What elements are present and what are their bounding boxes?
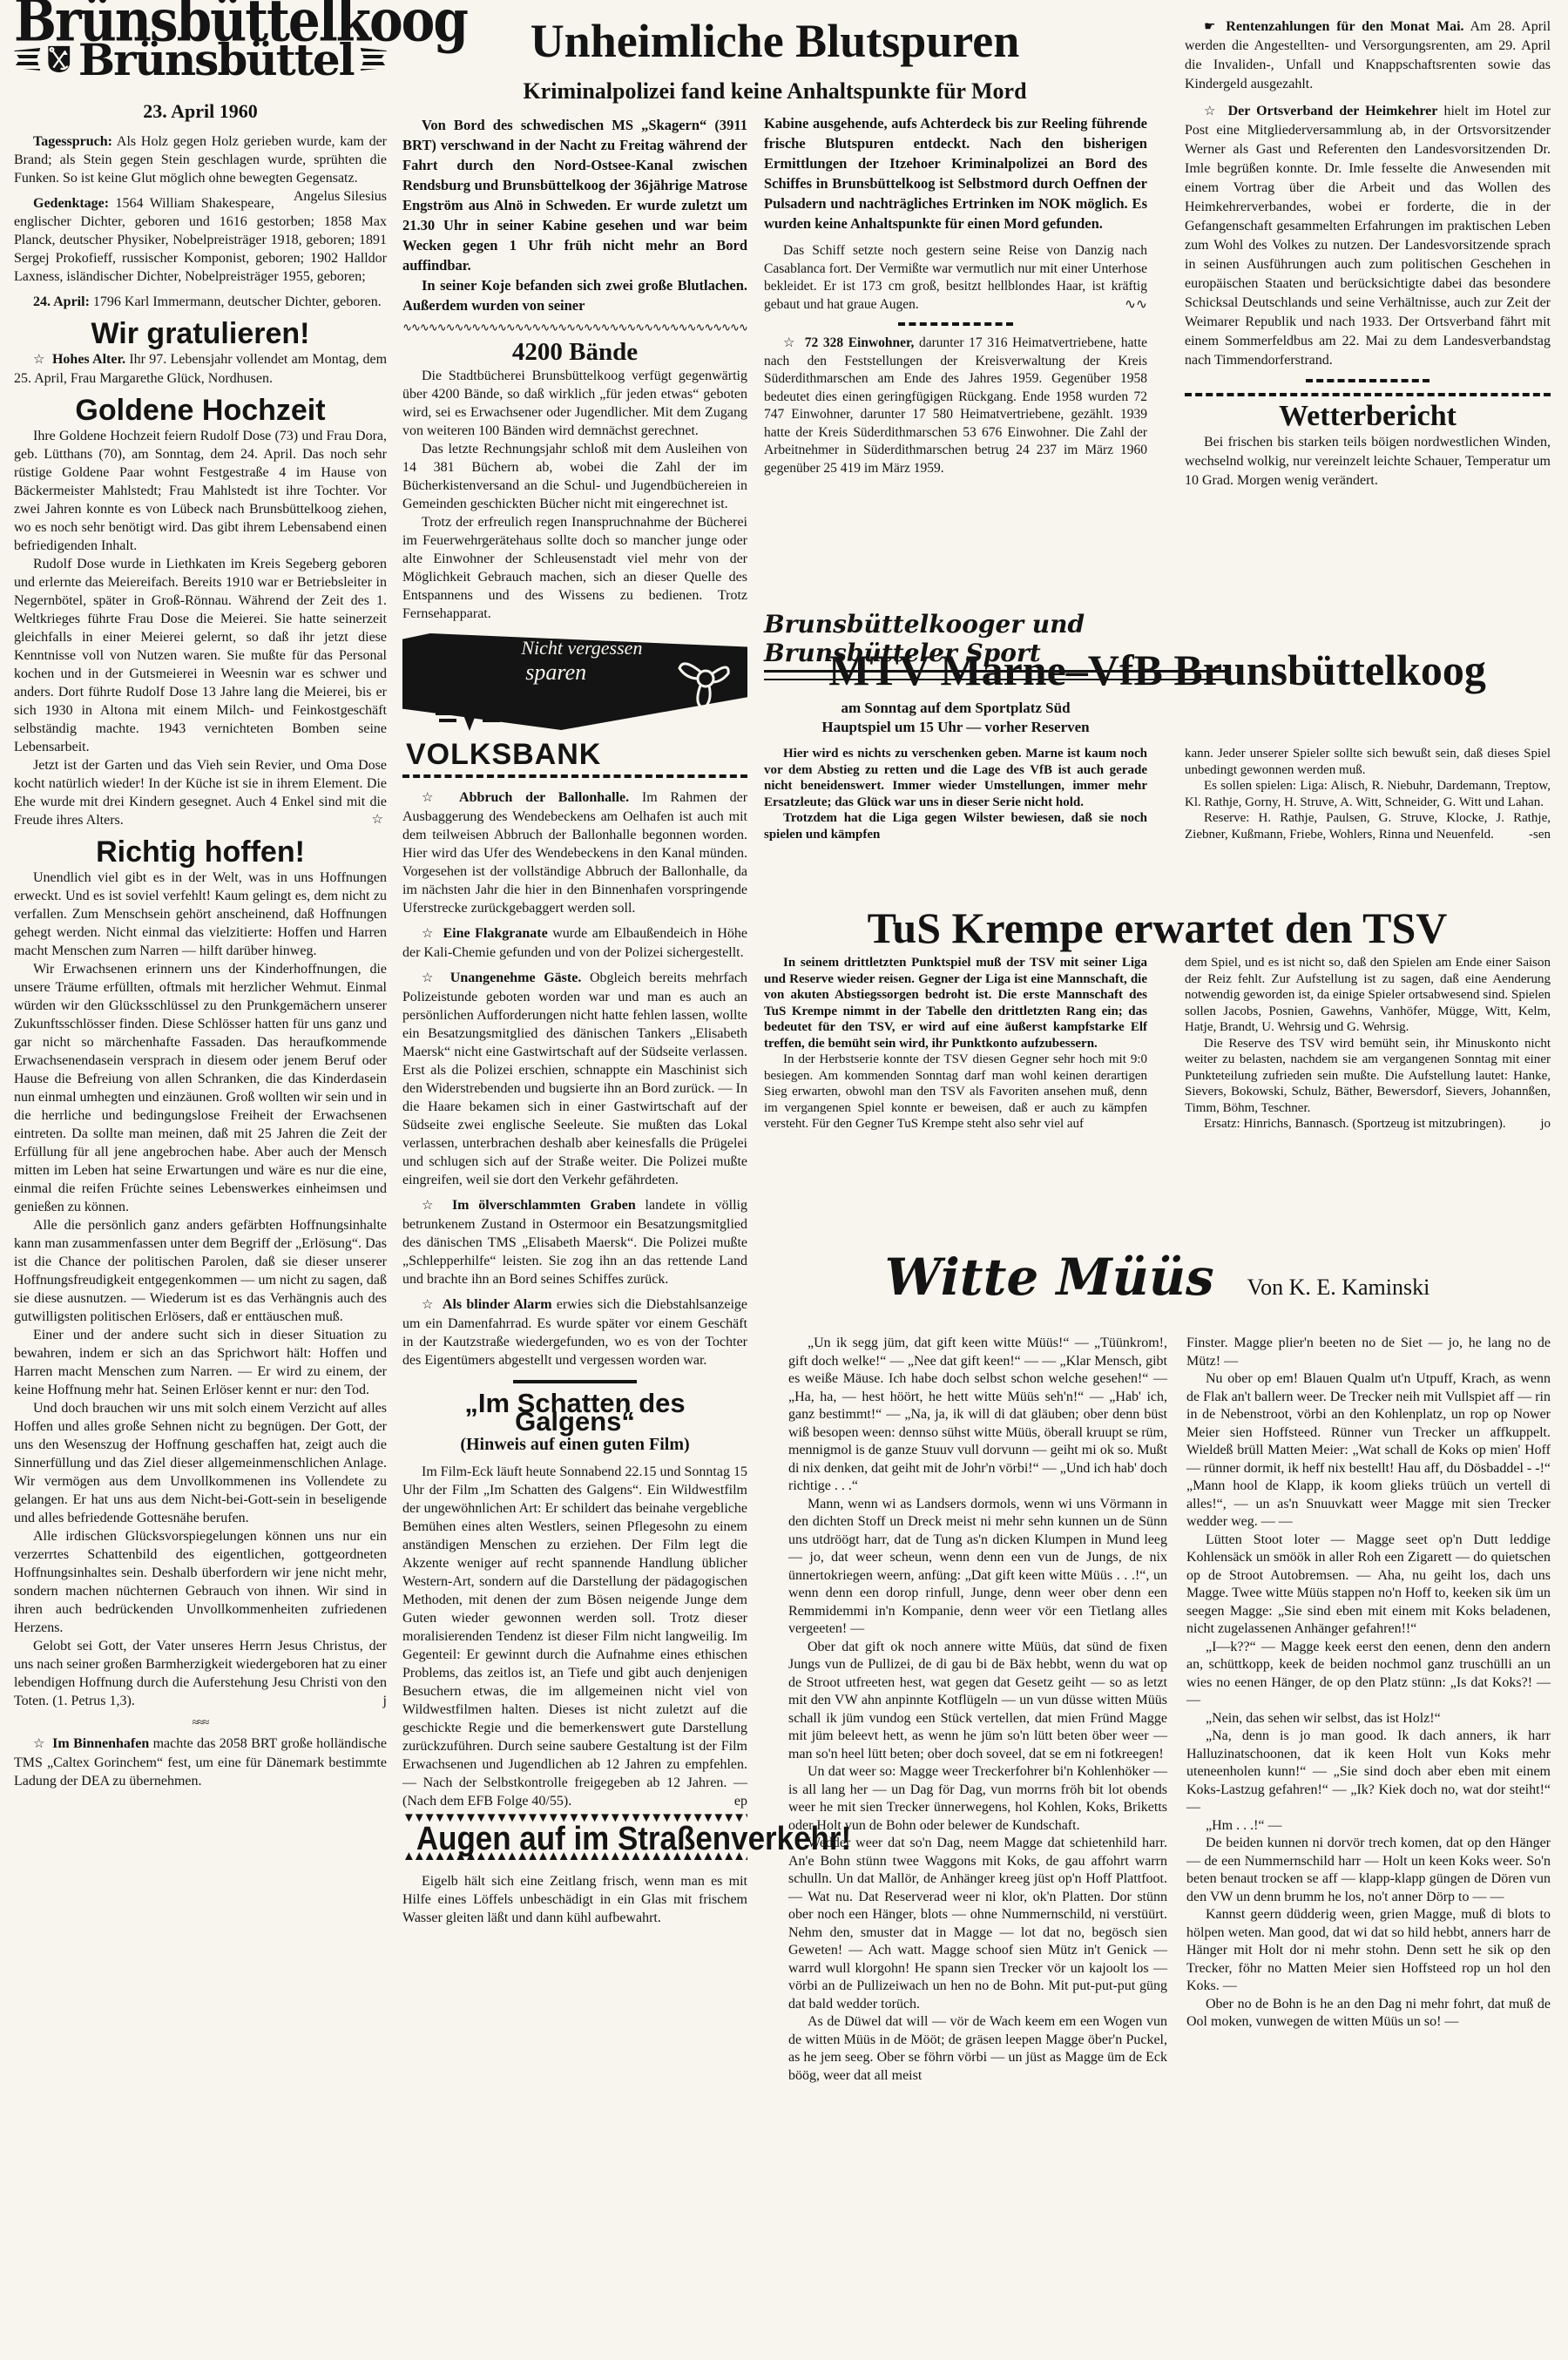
lead-story-header: Unheimliche Blutspuren Kriminalpolizei f…: [402, 14, 1147, 105]
mtv-intro-line1: am Sonntag auf dem Sportplatz Süd: [764, 699, 1147, 718]
hoffen-p1: Unendlich viel gibt es in der Welt, was …: [14, 869, 387, 960]
brief-alarm: ☆ Als blinder Alarm erwies sich die Dieb…: [402, 1295, 747, 1369]
kerchief-knot-icon: [674, 656, 735, 712]
brief-gaeste: ☆ Unangenehme Gäste. Obgleich bereits me…: [402, 969, 747, 1189]
mtv-intro: am Sonntag auf dem Sportplatz Süd Haupts…: [764, 699, 1147, 737]
lead-headline: Unheimliche Blutspuren: [402, 14, 1147, 68]
hoffen-p6: Alle irdischen Glücksvorspiegelungen kön…: [14, 1527, 387, 1637]
heading-galgens: „Im Schatten des Galgens“: [402, 1394, 747, 1430]
section-rule-dashed: [1185, 393, 1551, 396]
star-icon: ☆: [422, 1298, 438, 1312]
lead-left-p1: Von Bord des schwedischen MS „Skagern“ (…: [402, 115, 747, 275]
tip-eigelb: Eigelb hält sich eine Zeitlang frisch, w…: [402, 1872, 747, 1927]
witte-b1: Finster. Magge plier'n beeten no de Siet…: [1186, 1335, 1551, 1370]
mtv-right-p2: Es sollen spielen: Liga: Alisch, R. Nieb…: [1185, 778, 1551, 810]
witte-b2: Nu ober op em! Blauen Qualm ut'n Utpuff,…: [1186, 1370, 1551, 1532]
baende-p2: Das letzte Rechnungsjahr schloß mit dem …: [402, 440, 747, 513]
tus-right-p2: Die Reserve des TSV wird bemüht sein, ih…: [1185, 1036, 1551, 1117]
masthead-flourish-right: [361, 48, 387, 71]
lead-right-p2: Das Schiff setzte noch gestern seine Rei…: [764, 242, 1147, 314]
witte-b5: „Nein, das sehen wir selbst, das ist Hol…: [1186, 1710, 1551, 1728]
gedenktage-april24: 24. April: 1796 Karl Immermann, deutsche…: [14, 293, 387, 311]
issue-date: 23. April 1960: [14, 102, 387, 120]
hochzeit-p3: Jetzt ist der Garten und das Vieh sein R…: [14, 756, 387, 829]
item-renten: ☛ Rentenzahlungen für den Monat Mai. Am …: [1185, 17, 1551, 94]
reporter-sig: jo: [1521, 1116, 1551, 1133]
witte-a4: Un dat weer so: Magge weer Treckerfohrer…: [788, 1763, 1167, 1835]
column-three: Kabine ausgehende, aufs Achterdeck bis z…: [764, 113, 1147, 477]
witte-column-left: „Un ik segg jüm, dat gift keen witte Müü…: [788, 1335, 1167, 2085]
heading-richtig-hoffen: Richtig hoffen!: [14, 843, 387, 862]
volksbank-v-icon: [432, 701, 507, 731]
mtv-right-p3: Reserve: H. Rathje, Paulsen, G. Struve, …: [1185, 810, 1551, 842]
mtv-right-column: kann. Jeder unserer Spieler sollte sich …: [1185, 746, 1551, 842]
reviewer-sig: ep: [715, 1792, 747, 1810]
tus-right-p1: dem Spiel, und es ist nicht so, daß den …: [1185, 955, 1551, 1036]
wetter-text: Bei frischen bis starken teils böigen no…: [1185, 433, 1551, 490]
lead-story-right: Kabine ausgehende, aufs Achterdeck bis z…: [764, 113, 1147, 233]
headline-tus-krempe: TuS Krempe erwartet den TSV: [764, 903, 1551, 953]
brief-flakgranate: ☆ Eine Flakgranate wurde am Elbaußendeic…: [402, 924, 747, 962]
hochzeit-p1: Ihre Goldene Hochzeit feiern Rudolf Dose…: [14, 427, 387, 555]
volksbank-ad: Nicht vergessen sparen VOLKSBANK: [402, 633, 747, 764]
witte-a3: Ober dat gift ok noch annere witte Müüs,…: [788, 1639, 1167, 1764]
gedenktage: Gedenktage: 1564 William Shakespeare, en…: [14, 194, 387, 286]
brief-ballonhalle: ☆ Abbruch der Ballonhalle. Im Rahmen der…: [402, 788, 747, 917]
ad-slogan-line2: sparen: [478, 663, 633, 681]
heading-4200-baende: 4200 Bände: [402, 343, 747, 362]
item-einwohner: ☆ 72 328 Einwohner, darunter 17 316 Heim…: [764, 335, 1147, 477]
star-icon: ☆: [33, 353, 49, 367]
baende-p3: Trotz der erfreulich regen Inanspruchnah…: [402, 513, 747, 623]
rule-dashed: [402, 774, 747, 778]
witte-b7: „Hm . . .!“ —: [1186, 1817, 1551, 1836]
hoffen-p7: Gelobt sei Gott, der Vater unseres Herrn…: [14, 1637, 387, 1710]
witte-a1: „Un ik segg jüm, dat gift keen witte Müü…: [788, 1335, 1167, 1496]
column-four: ☛ Rentenzahlungen für den Monat Mai. Am …: [1185, 17, 1551, 490]
tus-left-p1: In seinem drittletzten Punktspiel muß de…: [764, 955, 1147, 1052]
heading-goldene-hochzeit: Goldene Hochzeit: [14, 402, 387, 420]
section-rule: [513, 1380, 638, 1383]
ornament-squiggle: ≈≈≈: [14, 1715, 387, 1729]
witte-b9: Kannst geern düdderig ween, grien Magge,…: [1186, 1906, 1551, 1996]
heading-wetterbericht: Wetterbericht: [1185, 407, 1551, 426]
lead-left-p2: In seiner Koje befanden sich zwei große …: [402, 275, 747, 315]
masthead-flourish-left: [14, 48, 40, 71]
column-local: Brünsbüttelkoog Brünsbüttel 23. April 19…: [14, 10, 387, 1790]
star-icon: ☆: [422, 1199, 443, 1213]
hoffen-p2: Wir Erwachsenen erinnern uns der Kinderh…: [14, 960, 387, 1216]
mtv-left-column: Hier wird es nichts zu verschenken geben…: [764, 746, 1147, 842]
reporter-squiggle: ∿∿: [1105, 296, 1147, 314]
star-icon: ☆: [353, 811, 387, 829]
witte-mueues-header: Witte Müüs Von K. E. Kaminski: [764, 1248, 1551, 1322]
witte-a6: As de Düwel dat will — vör de Wach keem …: [788, 2013, 1167, 2085]
galgens-review: Im Film-Eck läuft heute Sonnabend 22.15 …: [402, 1463, 747, 1810]
witte-a5: Wedder weer dat so'n Dag, neem Magge dat…: [788, 1835, 1167, 2013]
witte-a2: Mann, wenn wi as Landsers dormols, wenn …: [788, 1496, 1167, 1639]
tagesspruch: Tagesspruch: Als Holz gegen Holz geriebe…: [14, 132, 387, 187]
item-hohes-alter: ☆ Hohes Alter. Ihr 97. Lebensjahr vollen…: [14, 350, 387, 388]
star-icon: ☆: [783, 336, 800, 350]
reporter-sig: -sen: [1510, 827, 1551, 843]
ad-slogan-line1: Nicht vergessen: [478, 639, 686, 657]
star-icon: ☆: [422, 791, 446, 805]
mtv-left-p1: Hier wird es nichts zu verschenken geben…: [764, 746, 1147, 810]
witte-b6: „Na, denn is jo man good. Ik dach an­ner…: [1186, 1728, 1551, 1817]
hochzeit-p2: Rudolf Dose wurde in Liethkaten im Kreis…: [14, 555, 387, 756]
hoffen-p3: Alle die persönlich ganz anders gefärbte…: [14, 1216, 387, 1326]
lead-right-p1: Kabine ausgehende, aufs Achterdeck bis z…: [764, 113, 1147, 233]
hoffen-p5: Und doch brauchen wir uns mit solch eine…: [14, 1399, 387, 1527]
star-icon: ☆: [422, 971, 442, 985]
tagesspruch-lead: Tagesspruch:: [33, 134, 112, 149]
headline-witte-mueues: Witte Müüs: [885, 1248, 1214, 1307]
item-rule: [898, 322, 1013, 326]
headline-mtv-marne: MTV Marne–VfB Brunsbüttelkoog: [764, 645, 1551, 695]
star-icon: ☆: [33, 1737, 49, 1751]
item-heimkehrer: ☆ Der Ortsverband der Heimkehrer hielt i…: [1185, 102, 1551, 370]
tus-left-column: In seinem drittletzten Punktspiel muß de…: [764, 955, 1147, 1133]
volksbank-brand: VOLKSBANK: [406, 746, 601, 764]
baende-p1: Die Stadtbücherei Brunsbüttelkoog verfüg…: [402, 367, 747, 440]
column-two: Von Bord des schwedischen MS „Skagern“ (…: [402, 115, 747, 1927]
witte-b4: „I—k??“ — Magge keek eerst den eenen, de…: [1186, 1639, 1551, 1710]
witte-column-right: Finster. Magge plier'n beeten no de Siet…: [1186, 1335, 1551, 2032]
subhead-galgens: (Hinweis auf einen guten Film): [402, 1436, 747, 1454]
lead-subhead: Kriminalpolizei fand keine Anhaltspunkte…: [402, 78, 1147, 105]
star-icon: ☆: [422, 927, 438, 941]
mtv-intro-line2: Hauptspiel um 15 Uhr — vorher Reserven: [764, 718, 1147, 737]
witte-b10: Ober no de Bohn is he an den Dag ni mehr…: [1186, 1996, 1551, 2032]
byline-kaminski: Von K. E. Kaminski: [1247, 1275, 1430, 1300]
tagesspruch-author: Angelus Silesius: [274, 187, 387, 206]
star-icon: ☆: [1204, 105, 1222, 118]
heading-wir-gratulieren: Wir gratulieren!: [14, 325, 387, 343]
witte-b3: Lütten Stoot loter — Magge seet op'n Dut…: [1186, 1532, 1551, 1639]
lead-story-left: Von Bord des schwedischen MS „Skagern“ (…: [402, 115, 747, 315]
tus-right-p3: Ersatz: Hinrichs, Bannasch. (Sportzeug i…: [1185, 1116, 1551, 1133]
witte-b8: De beiden kunnen ni dorvör trech komen, …: [1186, 1835, 1551, 1906]
masthead-title-1: Brünsbüttelkoog: [14, 10, 387, 31]
item-binnenhafen: ☆ Im Binnenhafen machte das 2058 BRT gro…: [14, 1734, 387, 1790]
item-rule: [1306, 379, 1430, 382]
divider-squiggle: ∿∿∿∿∿∿∿∿∿∿∿∿∿∿∿∿∿∿∿∿∿∿∿∿∿∿∿∿∿∿∿∿∿∿∿∿∿∿∿∿: [402, 321, 747, 335]
hoffen-p4: Einer und der andere sucht sich in diese…: [14, 1326, 387, 1399]
heading-augen-auf: Augen auf im Straßenverkehr!: [416, 1830, 733, 1849]
mtv-left-p2: Trotzdem hat die Liga gegen Wilster bewi…: [764, 810, 1147, 842]
tus-left-p2: In der Herbstserie konnte der TSV diesen…: [764, 1052, 1147, 1133]
manicule-icon: ☛: [1204, 20, 1219, 34]
tus-right-column: dem Spiel, und es ist nicht so, daß den …: [1185, 955, 1551, 1133]
newspaper-page: Brünsbüttelkoog Brünsbüttel 23. April 19…: [0, 0, 1568, 2360]
author-initial: j: [364, 1692, 387, 1710]
mtv-right-p1: kann. Jeder unserer Spieler sollte sich …: [1185, 746, 1551, 778]
brief-graben: ☆ Im ölverschlammten Graben landete in v…: [402, 1196, 747, 1288]
